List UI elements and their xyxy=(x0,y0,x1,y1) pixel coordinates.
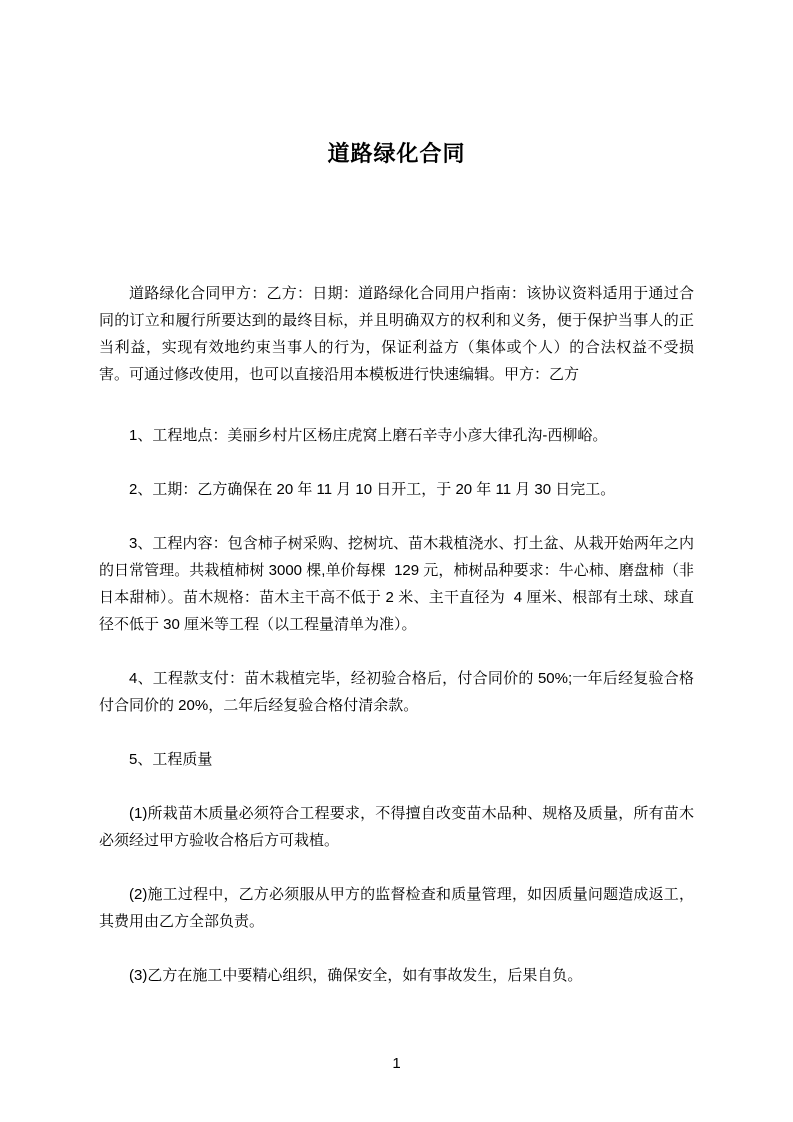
document-title: 道路绿化合同 xyxy=(99,138,694,170)
clause-4-payment: 4、工程款支付：苗木栽植完毕，经初验合格后，付合同价的 50%;一年后经复验合格… xyxy=(99,665,694,719)
clause-5-subitem-3: (3)乙方在施工中要精心组织，确保安全，如有事故发生，后果自负。 xyxy=(99,962,694,989)
clause-5-subitem-2: (2)施工过程中，乙方必须服从甲方的监督检查和质量管理，如因质量问题造成返工，其… xyxy=(99,881,694,935)
clause-3-scope: 3、工程内容：包含柿子树采购、挖树坑、苗木栽植浇水、打土盆、从栽开始两年之内的日… xyxy=(99,530,694,638)
clause-1-location: 1、工程地点：美丽乡村片区杨庄虎窝上磨石辛寺小彦大律孔沟-西柳峪。 xyxy=(99,422,694,449)
clause-2-duration: 2、工期：乙方确保在 20 年 11 月 10 日开工，于 20 年 11 月 … xyxy=(99,476,694,503)
document-content: 道路绿化合同 道路绿化合同甲方：乙方：日期：道路绿化合同用户指南：该协议资料适用… xyxy=(99,0,694,989)
clause-5-quality-heading: 5、工程质量 xyxy=(99,746,694,773)
document-page: 道路绿化合同 道路绿化合同甲方：乙方：日期：道路绿化合同用户指南：该协议资料适用… xyxy=(0,0,793,1122)
clause-5-subitem-1: (1)所栽苗木质量必须符合工程要求，不得擅自改变苗木品种、规格及质量，所有苗木必… xyxy=(99,800,694,854)
page-number: 1 xyxy=(0,1050,793,1077)
intro-paragraph: 道路绿化合同甲方：乙方：日期：道路绿化合同用户指南：该协议资料适用于通过合同的订… xyxy=(99,280,694,388)
